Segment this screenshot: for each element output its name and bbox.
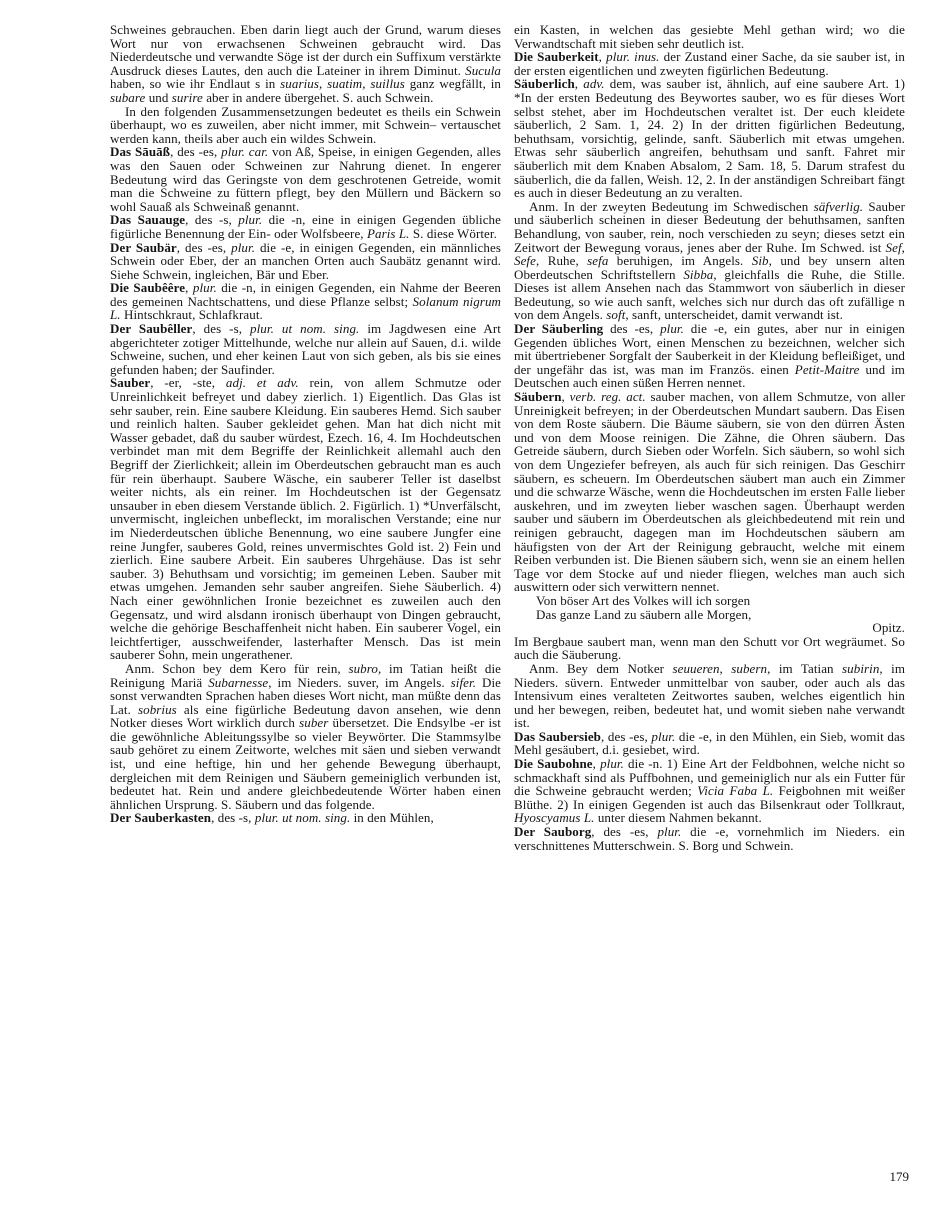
text-run: in den Mühlen, bbox=[350, 810, 434, 825]
entry-sauber: Sauber, -er, -ste, adj. et adv. rein, vo… bbox=[110, 376, 501, 661]
intro-paragraph-zusammensetzungen: In den folgenden Zusammensetzungen bedeu… bbox=[110, 105, 501, 146]
entry-saeuberlich: Säuberlich, adv. dem, was sauber ist, äh… bbox=[514, 77, 905, 199]
entry-der-sauberkasten: Der Sauberkasten, des -s, plur. ut nom. … bbox=[110, 811, 501, 825]
left-column: Schweines gebrauchen. Eben darin liegt a… bbox=[110, 23, 501, 825]
entry-das-sauauge: Das Sauauge, des -s, plur. die -n, eine … bbox=[110, 213, 501, 240]
text-run: sauber machen, von allem Schmutze, von a… bbox=[514, 389, 905, 594]
text-run: übersetzet. Die Endsylbe -er ist die gew… bbox=[110, 715, 501, 812]
dictionary-page: Schweines gebrauchen. Eben darin liegt a… bbox=[0, 0, 935, 1210]
entry-der-saubeller: Der Saubêller, des -s, plur. ut nom. sin… bbox=[110, 322, 501, 376]
entry-der-sauborg: Der Sauborg, des -es, plur. die -e, vorn… bbox=[514, 825, 905, 852]
text-run: dem, was sauber ist, ähnlich, auf eine s… bbox=[514, 76, 905, 200]
entry-saeubern: Säubern, verb. reg. act. sauber machen, … bbox=[514, 390, 905, 594]
page-number: 179 bbox=[890, 1169, 910, 1185]
anm-sauber: Anm. Schon bey dem Kero für rein, subro,… bbox=[110, 662, 501, 812]
anm-saeuberlich: Anm. In der zweyten Bedeutung im Schwedi… bbox=[514, 200, 905, 322]
text-run: Schweines gebrauchen. Eben darin liegt a… bbox=[110, 22, 501, 78]
entry-das-sauass: Das Sāuāß, des -es, plur. car. von Aß, S… bbox=[110, 145, 501, 213]
continuation-sauberkasten: ein Kasten, in welchen das gesiebte Mehl… bbox=[514, 23, 905, 50]
entry-der-saubaer: Der Saubär, des -es, plur. die -e, in ei… bbox=[110, 241, 501, 282]
text-run: rein, von allem Schmutze oder Unreinlich… bbox=[110, 375, 501, 662]
verse-line-2: Das ganze Land zu säubern alle Morgen, bbox=[514, 608, 905, 622]
paragraph-bergbau: Im Bergbaue saubert man, wenn man den Sc… bbox=[514, 635, 905, 662]
text-run: ein Kasten, in welchen das gesiebte Mehl… bbox=[514, 22, 905, 51]
continuation-paragraph-sau: Schweines gebrauchen. Eben darin liegt a… bbox=[110, 23, 501, 105]
entry-die-saubohne: Die Saubohne, plur. die -n. 1) Eine Art … bbox=[514, 757, 905, 825]
text-run: In den folgenden Zusammensetzungen bedeu… bbox=[110, 104, 501, 146]
entry-die-saubeere: Die Saubêêre, plur. die -n, in einigen G… bbox=[110, 281, 501, 322]
anm-saeubern: Anm. Bey dem Notker seuueren, subern, im… bbox=[514, 662, 905, 730]
entry-das-saubersieb: Das Saubersieb, des -es, plur. die -e, i… bbox=[514, 730, 905, 757]
text-run: Das ganze Land zu säubern alle Morgen, bbox=[536, 607, 751, 622]
text-run: , des -s, bbox=[211, 810, 255, 825]
entry-die-sauberkeit: Die Sauberkeit, plur. inus. der Zustand … bbox=[514, 50, 905, 77]
verse-line-1: Von böser Art des Volkes will ich sorgen bbox=[514, 594, 905, 608]
text-run: plur. ut nom. sing. bbox=[255, 810, 350, 825]
text-run: Der Sauberkasten bbox=[110, 810, 211, 825]
right-column: ein Kasten, in welchen das gesiebte Mehl… bbox=[514, 23, 905, 852]
entry-der-saeuberling: Der Säuberling des -es, plur. die -e, ei… bbox=[514, 322, 905, 390]
verse-attribution: Opitz. bbox=[514, 621, 905, 635]
text-run: Im Bergbaue saubert man, wenn man den Sc… bbox=[514, 634, 905, 663]
text-run: Petit-Maitre bbox=[795, 362, 860, 377]
